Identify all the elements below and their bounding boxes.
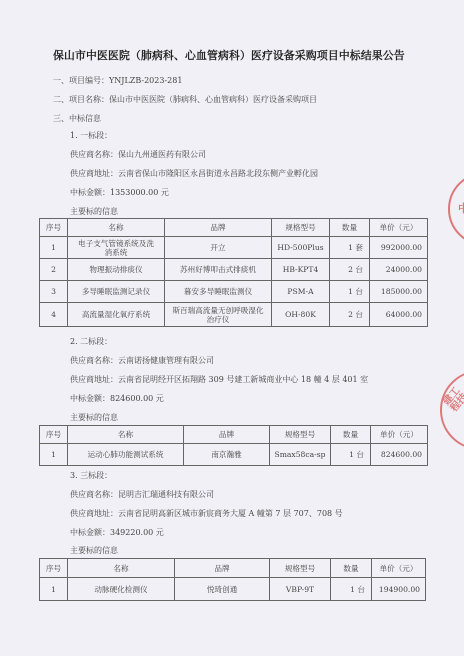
- cell-qty: 2 台: [330, 259, 370, 281]
- cell-brand: 苏州好博叩击式排痰机: [165, 259, 272, 281]
- cell-name: 多导睡眠监测记录仪: [68, 281, 165, 303]
- red-seal-stamp-icon: 建工程技: [440, 370, 464, 450]
- header-brand: 品牌: [165, 219, 272, 237]
- red-seal-stamp-icon: 中: [448, 172, 464, 246]
- lot-3-supplier-address: 供应商地址：云南省昆明高新区城市新宸商务大厦 A 幢第 7 层 707、708 …: [70, 508, 343, 519]
- lot-2-amount: 中标金额：824600.00 元: [70, 393, 164, 404]
- document-page: 保山市中医医院（肺病科、心血管病科）医疗设备采购项目中标结果公告 一、项目编号：…: [0, 0, 464, 656]
- table-header-row: 序号 名称 品牌 规格型号 数量 单价（元）: [40, 426, 428, 444]
- header-name: 名称: [68, 219, 165, 237]
- cell-model: PSM-A: [272, 281, 330, 303]
- cell-name: 动脉硬化检测仪: [68, 578, 175, 601]
- cell-no: 3: [40, 281, 68, 303]
- table-row: 1 动脉硬化检测仪 悦琦创通 VBP-9T 1 台 194900.00: [40, 578, 426, 601]
- lot-2-items-table: 序号 名称 品牌 规格型号 数量 单价（元） 1 运动心肺功能测试系统 南京瀚雅…: [39, 425, 428, 466]
- project-name: 二、项目名称：保山市中医医院（肺病科、心血管病科）医疗设备采购项目: [53, 94, 317, 105]
- table-header-row: 序号 名称 品牌 规格型号 数量 单价（元）: [40, 559, 426, 578]
- cell-brand: 悦琦创通: [175, 578, 270, 601]
- cell-no: 2: [40, 259, 68, 281]
- header-brand: 品牌: [175, 559, 270, 578]
- cell-name: 运动心肺功能测试系统: [68, 444, 184, 466]
- cell-price: 194900.00: [372, 578, 426, 601]
- cell-no: 1: [40, 578, 68, 601]
- header-qty: 数量: [331, 559, 372, 578]
- header-price: 单价（元）: [370, 219, 428, 237]
- cell-no: 1: [40, 444, 68, 466]
- cell-price: 64000.00: [370, 303, 428, 327]
- section-award-info: 三、中标信息: [53, 113, 101, 124]
- cell-qty: 1 套: [330, 237, 370, 259]
- cell-qty: 1 台: [330, 281, 370, 303]
- cell-price: 24000.00: [370, 259, 428, 281]
- project-number: 一、项目编号：YNJLZB-2023-281: [53, 75, 182, 86]
- cell-model: HB-KPT4: [272, 259, 330, 281]
- table-row: 3 多导睡眠监测记录仪 暮安多导睡眠监测仪 PSM-A 1 台 185000.0…: [40, 281, 428, 303]
- lot-3-info-label: 主要标的信息: [70, 545, 118, 556]
- lot-2-supplier-name: 供应商名称：云南诺扬健康管理有限公司: [70, 355, 214, 366]
- header-no: 序号: [40, 426, 68, 444]
- lot-2-supplier-address: 供应商地址：云南省昆明经开区拓翔路 309 号建工新城商业中心 18 幢 4 层…: [70, 374, 368, 385]
- lot-1-info-label: 主要标的信息: [70, 206, 118, 217]
- cell-price: 824600.00: [371, 444, 428, 466]
- cell-no: 4: [40, 303, 68, 327]
- lot-1-amount: 中标金额：1353000.00 元: [70, 187, 169, 198]
- header-model: 规格型号: [270, 426, 331, 444]
- header-model: 规格型号: [270, 559, 331, 578]
- table-row: 1 电子支气管镜系统及洗消系统 开立 HD-500Plus 1 套 992000…: [40, 237, 428, 259]
- lot-3-items-table: 序号 名称 品牌 规格型号 数量 单价（元） 1 动脉硬化检测仪 悦琦创通 VB…: [39, 558, 426, 601]
- cell-qty: 1 台: [331, 444, 371, 466]
- lot-3-amount: 中标金额：349220.00 元: [70, 527, 164, 538]
- header-qty: 数量: [330, 219, 370, 237]
- cell-model: Smax58ca-sp: [270, 444, 331, 466]
- cell-name: 电子支气管镜系统及洗消系统: [68, 237, 165, 259]
- lot-2-info-label: 主要标的信息: [70, 412, 118, 423]
- cell-qty: 1 台: [331, 578, 372, 601]
- cell-brand: 斯百瑞高流量无创呼吸湿化治疗仪: [165, 303, 272, 327]
- lot-3-supplier-name: 供应商名称：昆明吉汇瑞通科技有限公司: [70, 489, 214, 500]
- header-name: 名称: [68, 559, 175, 578]
- table-row: 2 物理振动排痰仪 苏州好博叩击式排痰机 HB-KPT4 2 台 24000.0…: [40, 259, 428, 281]
- cell-brand: 暮安多导睡眠监测仪: [165, 281, 272, 303]
- header-qty: 数量: [331, 426, 371, 444]
- stamp-text: 建工程技: [442, 386, 464, 414]
- lot-1-heading: 1. 一标段：: [70, 130, 112, 141]
- cell-name: 高流量湿化氧疗系统: [68, 303, 165, 327]
- page-title: 保山市中医医院（肺病科、心血管病科）医疗设备采购项目中标结果公告: [53, 48, 405, 63]
- cell-qty: 2 台: [330, 303, 370, 327]
- cell-brand: 南京瀚雅: [184, 444, 270, 466]
- header-price: 单价（元）: [371, 426, 428, 444]
- cell-model: HD-500Plus: [272, 237, 330, 259]
- cell-price: 185000.00: [370, 281, 428, 303]
- lot-1-supplier-name: 供应商名称：保山九州通医药有限公司: [70, 149, 206, 160]
- header-name: 名称: [68, 426, 184, 444]
- lot-1-supplier-address: 供应商地址：云南省保山市隆阳区永昌街道永昌路北段东侧产业孵化园: [70, 168, 318, 179]
- table-row: 4 高流量湿化氧疗系统 斯百瑞高流量无创呼吸湿化治疗仪 OH-80K 2 台 6…: [40, 303, 428, 327]
- header-price: 单价（元）: [372, 559, 426, 578]
- stamp-text: 中: [458, 200, 464, 216]
- header-brand: 品牌: [184, 426, 270, 444]
- cell-model: OH-80K: [272, 303, 330, 327]
- lot-1-items-table: 序号 名称 品牌 规格型号 数量 单价（元） 1 电子支气管镜系统及洗消系统 开…: [39, 218, 428, 327]
- header-no: 序号: [40, 219, 68, 237]
- lot-3-heading: 3. 三标段：: [70, 470, 112, 481]
- header-no: 序号: [40, 559, 68, 578]
- lot-2-heading: 2. 二标段：: [70, 336, 112, 347]
- cell-brand: 开立: [165, 237, 272, 259]
- table-header-row: 序号 名称 品牌 规格型号 数量 单价（元）: [40, 219, 428, 237]
- cell-name: 物理振动排痰仪: [68, 259, 165, 281]
- cell-price: 992000.00: [370, 237, 428, 259]
- cell-model: VBP-9T: [270, 578, 331, 601]
- table-row: 1 运动心肺功能测试系统 南京瀚雅 Smax58ca-sp 1 台 824600…: [40, 444, 428, 466]
- header-model: 规格型号: [272, 219, 330, 237]
- cell-no: 1: [40, 237, 68, 259]
